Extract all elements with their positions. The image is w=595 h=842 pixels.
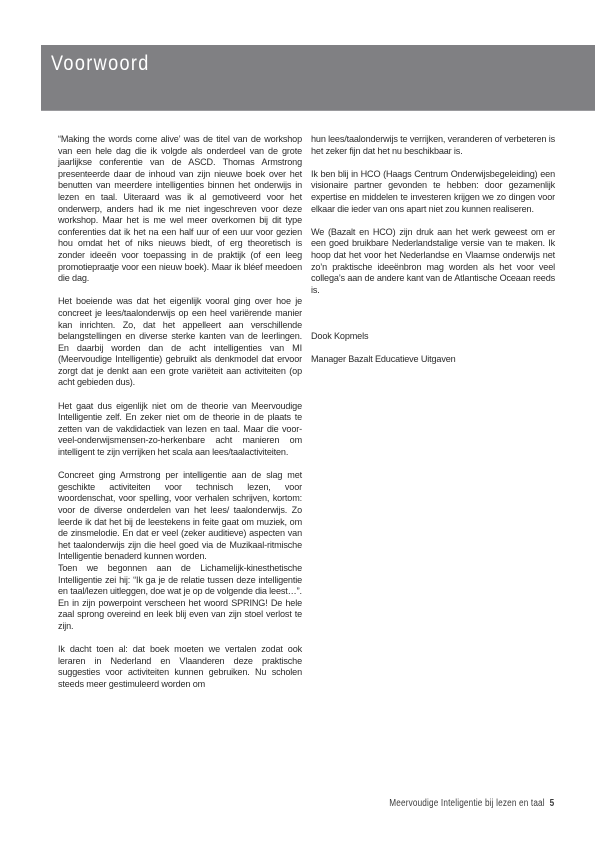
chapter-title: Voorwoord [51, 52, 150, 76]
paragraph: We (Bazalt en HCO) zijn druk aan het wer… [311, 227, 555, 297]
left-text-column: “Making the words come alive’ was de tit… [58, 134, 302, 702]
page-footer: Meervoudige Inteligentie bij lezen en ta… [389, 798, 554, 809]
signature-name: Dook Kopmels [311, 331, 555, 343]
paragraph: Ik dacht toen al: dat boek moeten we ver… [58, 644, 302, 690]
chapter-header-band: Voorwoord [41, 45, 595, 111]
signature-block: Dook Kopmels Manager Bazalt Educatieve U… [311, 319, 555, 377]
running-title: Meervoudige Inteligentie bij lezen en ta… [389, 798, 545, 809]
paragraph: Het boeiende was dat het eigenlijk voora… [58, 296, 302, 389]
page-number: 5 [549, 798, 554, 809]
paragraph: Ik ben blij in HCO (Haags Centrum Onderw… [311, 169, 555, 215]
signature-role: Manager Bazalt Educatieve Uitgaven [311, 354, 555, 366]
right-text-column: hun lees/taalonderwijs te verrijken, ver… [311, 134, 555, 377]
paragraph: Toen we begonnen aan de Lichamelijk-kine… [58, 563, 302, 633]
paragraph: Concreet ging Armstrong per intelligenti… [58, 470, 302, 563]
paragraph: Het gaat dus eigenlijk niet om de theori… [58, 401, 302, 459]
paragraph: hun lees/taalonderwijs te verrijken, ver… [311, 134, 555, 157]
paragraph: “Making the words come alive’ was de tit… [58, 134, 302, 285]
